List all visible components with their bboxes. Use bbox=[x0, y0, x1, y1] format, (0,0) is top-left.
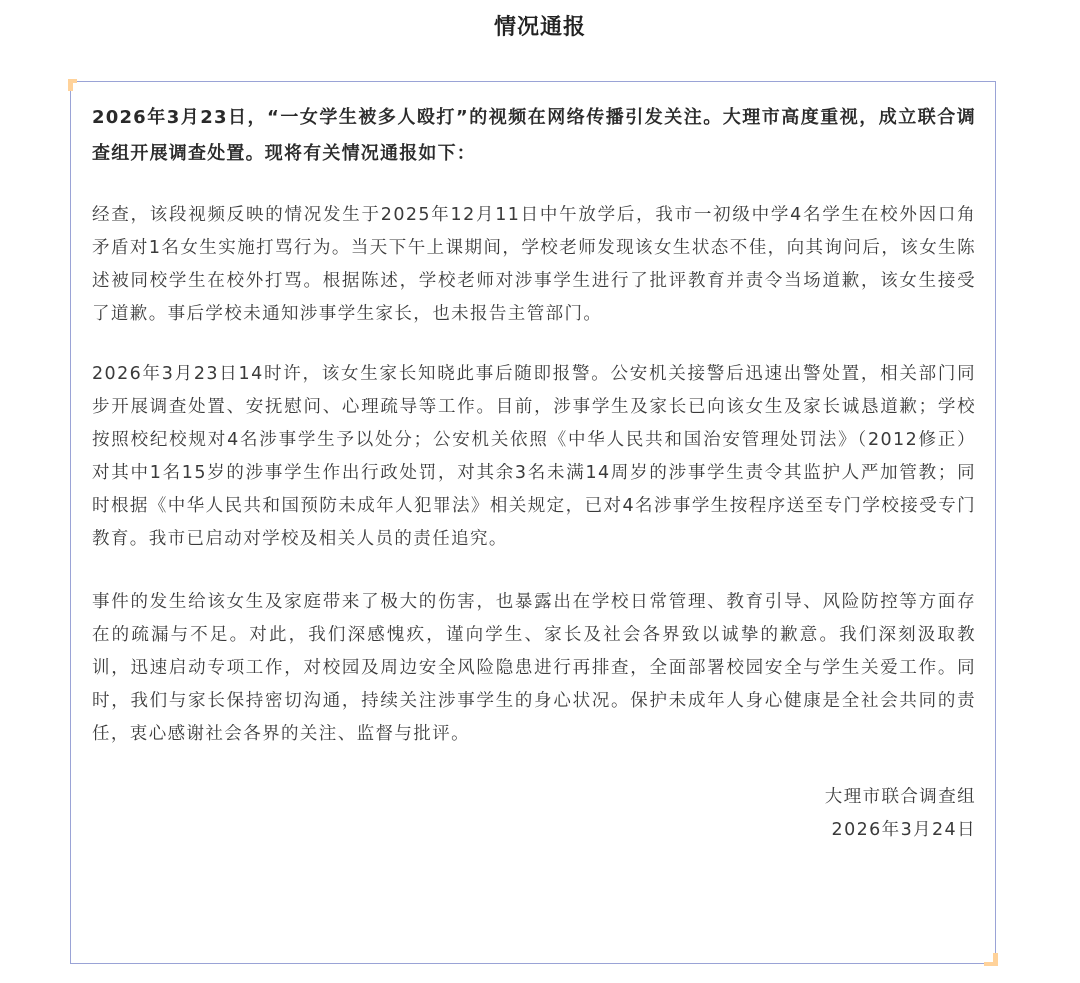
corner-accent-bottom-right bbox=[984, 953, 998, 966]
notice-content: 2026年3月23日，“一女学生被多人殴打”的视频在网络传播引发关注。大理市高度… bbox=[92, 100, 976, 847]
corner-accent-top-left bbox=[68, 79, 77, 91]
lead-paragraph: 2026年3月23日，“一女学生被多人殴打”的视频在网络传播引发关注。大理市高度… bbox=[92, 100, 976, 172]
paragraph-handling: 2026年3月23日14时许，该女生家长知晓此事后随即报警。公安机关接警后迅速出… bbox=[92, 358, 976, 556]
paragraph-apology: 事件的发生给该女生及家庭带来了极大的伤害，也暴露出在学校日常管理、教育引导、风险… bbox=[92, 586, 976, 751]
notice-frame: 2026年3月23日，“一女学生被多人殴打”的视频在网络传播引发关注。大理市高度… bbox=[70, 81, 996, 964]
page-title: 情况通报 bbox=[0, 10, 1080, 46]
signature-date: 2026年3月24日 bbox=[92, 814, 976, 847]
signature-issuer: 大理市联合调查组 bbox=[92, 781, 976, 814]
paragraph-investigation: 经查，该段视频反映的情况发生于2025年12月11日中午放学后，我市一初级中学4… bbox=[92, 199, 976, 331]
